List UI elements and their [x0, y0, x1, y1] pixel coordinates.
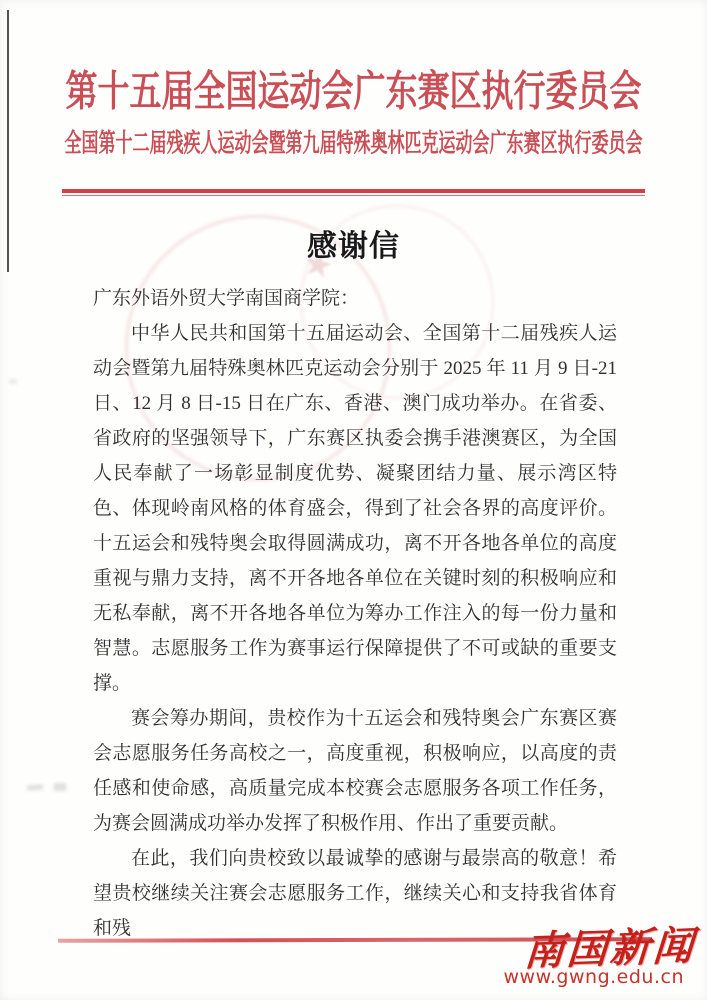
- masthead-rule-thin: [62, 195, 645, 197]
- letter-title: 感谢信: [0, 229, 707, 265]
- site-watermark: 南国新闻 www.gwng.edu.cn: [440, 924, 700, 988]
- masthead-line2-text: 全国第十二届残疾人运动会暨第九届特殊奥林匹克运动会广东赛区执行委员会: [65, 117, 643, 171]
- masthead-committee-title: 第十五届全国运动会广东赛区执行委员会: [0, 68, 707, 114]
- site-logo-calligraphy: 南国新闻: [439, 924, 702, 977]
- letter-paragraph-2: 赛会筹办期间，贵校作为十五运会和残特奥会广东赛区赛会志愿服务任务高校之一，高度重…: [93, 701, 617, 841]
- masthead-committee-subtitle: 全国第十二届残疾人运动会暨第九届特殊奥林匹克运动会广东赛区执行委员会: [0, 126, 707, 162]
- scan-smudge: [27, 784, 43, 790]
- masthead-rule-thick: [62, 189, 645, 193]
- letter-paragraph-1: 中华人民共和国第十五届运动会、全国第十二届残疾人运动会暨第九届特殊奥林匹克运动会…: [93, 316, 617, 701]
- letter-body: 广东外语外贸大学南国商学院： 中华人民共和国第十五届运动会、全国第十二届残疾人运…: [93, 281, 617, 946]
- letter-salutation: 广东外语外贸大学南国商学院：: [93, 281, 617, 316]
- scan-smudge: [9, 379, 17, 384]
- masthead-divider-rule: [62, 189, 645, 197]
- masthead-line1-text: 第十五届全国运动会广东赛区执行委员会: [65, 61, 641, 122]
- scan-smudge: [54, 783, 66, 791]
- scanned-letter-page: ★ 第十五届全国运动会广东赛区执行委员会 全国第十二届残疾人运动会暨第九届特殊奥…: [0, 0, 707, 1000]
